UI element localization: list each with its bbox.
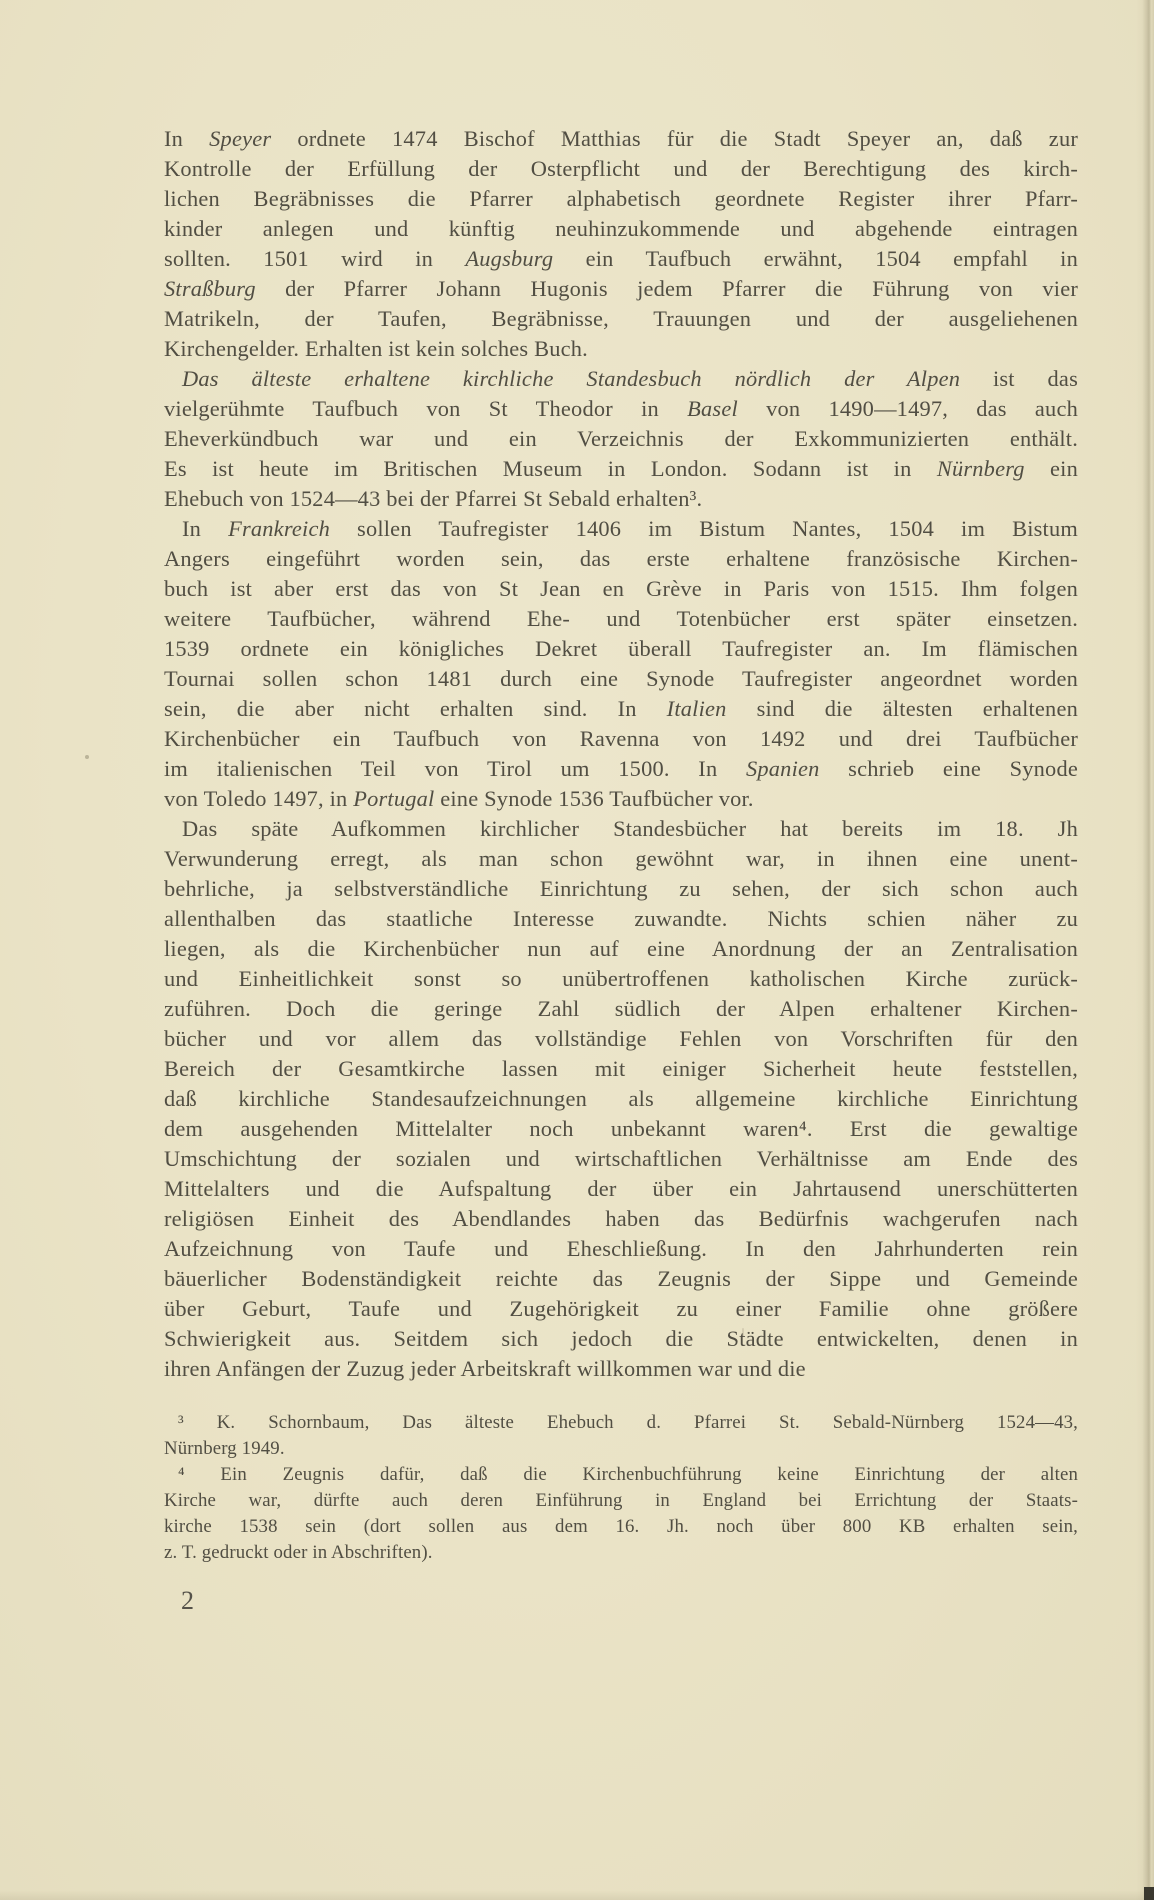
- text-segment: und Einheitlichkeit sonst so unübertroff…: [164, 966, 1078, 991]
- text-segment: sollten. 1501 wird in: [164, 246, 465, 271]
- text-line: Umschichtung der sozialen und wirtschaft…: [164, 1144, 1078, 1174]
- text-line: Matrikeln, der Taufen, Begräbnisse, Trau…: [164, 304, 1078, 334]
- text-segment: Eheverkündbuch war und ein Verzeichnis d…: [164, 426, 1078, 451]
- text-segment: kinder anlegen und künftig neuhinzukomme…: [164, 216, 1078, 241]
- text-segment: von 1490—1497, das auch: [738, 396, 1078, 421]
- page-edge-shadow: [1136, 0, 1154, 1900]
- text-line: Nürnberg 1949.: [164, 1436, 1078, 1462]
- text-line: kinder anlegen und künftig neuhinzukomme…: [164, 214, 1078, 244]
- text-line: kirche 1538 sein (dort sollen aus dem 16…: [164, 1514, 1078, 1540]
- text-line: Es ist heute im Britischen Museum in Lon…: [164, 454, 1078, 484]
- text-segment: zuführen. Doch die geringe Zahl südlich …: [164, 996, 1078, 1021]
- text-line: In Frankreich sollen Taufregister 1406 i…: [164, 514, 1078, 544]
- italic-text-segment: Italien: [667, 696, 727, 721]
- text-line: Angers eingeführt worden sein, das erste…: [164, 544, 1078, 574]
- text-line: liegen, als die Kirchenbücher nun auf ei…: [164, 934, 1078, 964]
- scan-corner-mark: [1144, 1887, 1154, 1900]
- text-segment: Bereich der Gesamtkirche lassen mit eini…: [164, 1056, 1078, 1081]
- text-segment: behrliche, ja selbstverständliche Einric…: [164, 876, 1078, 901]
- text-line: ³ K. Schornbaum, Das älteste Ehebuch d. …: [164, 1410, 1078, 1436]
- italic-text-segment: Speyer: [209, 126, 271, 151]
- text-line: Das älteste erhaltene kirchliche Standes…: [164, 364, 1078, 394]
- text-line: weitere Taufbücher, während Ehe- und Tot…: [164, 604, 1078, 634]
- text-segment: allenthalben das staatliche Interesse zu…: [164, 906, 1078, 931]
- text-line: Kirchenbücher ein Taufbuch von Ravenna v…: [164, 724, 1078, 754]
- text-segment: ein Taufbuch erwähnt, 1504 empfahl in: [553, 246, 1078, 271]
- text-segment: Kirche war, dürfte auch deren Einführung…: [164, 1490, 1078, 1511]
- text-segment: Kontrolle der Erfüllung der Osterpflicht…: [164, 156, 1078, 181]
- text-line: Kirche war, dürfte auch deren Einführung…: [164, 1488, 1078, 1514]
- text-segment: im italienischen Teil von Tirol um 1500.…: [164, 756, 746, 781]
- text-segment: sein, die aber nicht erhalten sind. In: [164, 696, 667, 721]
- text-segment: Kirchenbücher ein Taufbuch von Ravenna v…: [164, 726, 1078, 751]
- italic-text-segment: Spanien: [746, 756, 820, 781]
- text-line: sollten. 1501 wird in Augsburg ein Taufb…: [164, 244, 1078, 274]
- text-segment: Ehebuch von 1524—43 bei der Pfarrei St S…: [164, 486, 702, 511]
- text-line: 1539 ordnete ein königliches Dekret über…: [164, 634, 1078, 664]
- text-segment: liegen, als die Kirchenbücher nun auf ei…: [164, 936, 1078, 961]
- text-line: ihren Anfängen der Zuzug jeder Arbeitskr…: [164, 1354, 1078, 1384]
- text-line: vielgerühmte Taufbuch von St Theodor in …: [164, 394, 1078, 424]
- footnotes: ³ K. Schornbaum, Das älteste Ehebuch d. …: [164, 1410, 1078, 1566]
- text-line: bäuerlicher Bodenständigkeit reichte das…: [164, 1264, 1078, 1294]
- text-segment: ordnete 1474 Bischof Matthias für die St…: [271, 126, 1078, 151]
- text-segment: daß kirchliche Standesaufzeichnungen als…: [164, 1086, 1078, 1111]
- text-segment: ³ K. Schornbaum, Das älteste Ehebuch d. …: [178, 1412, 1078, 1433]
- text-line: Aufzeichnung von Taufe und Eheschließung…: [164, 1234, 1078, 1264]
- text-line: sein, die aber nicht erhalten sind. In I…: [164, 694, 1078, 724]
- text-segment: sollen Taufregister 1406 im Bistum Nante…: [330, 516, 1078, 541]
- text-segment: religiösen Einheit des Abendlandes haben…: [164, 1206, 1078, 1231]
- text-line: behrliche, ja selbstverständliche Einric…: [164, 874, 1078, 904]
- italic-text-segment: Nürnberg: [937, 456, 1025, 481]
- text-line: und Einheitlichkeit sonst so unübertroff…: [164, 964, 1078, 994]
- text-segment: von Toledo 1497, in: [164, 786, 353, 811]
- text-segment: sind die ältesten erhaltenen: [727, 696, 1078, 721]
- text-line: Bereich der Gesamtkirche lassen mit eini…: [164, 1054, 1078, 1084]
- text-line: Ehebuch von 1524—43 bei der Pfarrei St S…: [164, 484, 1078, 514]
- text-line: Verwunderung erregt, als man schon gewöh…: [164, 844, 1078, 874]
- italic-text-segment: Basel: [687, 396, 738, 421]
- text-segment: ihren Anfängen der Zuzug jeder Arbeitskr…: [164, 1356, 806, 1381]
- paper-speck: [742, 1328, 744, 1337]
- text-segment: Aufzeichnung von Taufe und Eheschließung…: [164, 1236, 1078, 1261]
- text-segment: z. T. gedruckt oder in Abschriften).: [164, 1542, 433, 1563]
- text-line: Mittelalters und die Aufspaltung der übe…: [164, 1174, 1078, 1204]
- text-segment: Tournai sollen schon 1481 durch eine Syn…: [164, 666, 1078, 691]
- text-segment: Umschichtung der sozialen und wirtschaft…: [164, 1146, 1078, 1171]
- text-segment: ein: [1025, 456, 1078, 481]
- text-segment: ist das: [960, 366, 1078, 391]
- text-line: Kirchengelder. Erhalten ist kein solches…: [164, 334, 1078, 364]
- text-segment: Nürnberg 1949.: [164, 1438, 285, 1459]
- text-line: allenthalben das staatliche Interesse zu…: [164, 904, 1078, 934]
- text-line: zuführen. Doch die geringe Zahl südlich …: [164, 994, 1078, 1024]
- text-segment: Kirchengelder. Erhalten ist kein solches…: [164, 336, 588, 361]
- text-line: ⁴ Ein Zeugnis dafür, daß die Kirchenbuch…: [164, 1462, 1078, 1488]
- text-line: buch ist aber erst das von St Jean en Gr…: [164, 574, 1078, 604]
- italic-text-segment: Frankreich: [228, 516, 330, 541]
- text-segment: lichen Begräbnisses die Pfarrer alphabet…: [164, 186, 1078, 211]
- text-line: Eheverkündbuch war und ein Verzeichnis d…: [164, 424, 1078, 454]
- text-segment: In: [164, 126, 209, 151]
- text-line: daß kirchliche Standesaufzeichnungen als…: [164, 1084, 1078, 1114]
- text-segment: Es ist heute im Britischen Museum in Lon…: [164, 456, 937, 481]
- text-segment: schrieb eine Synode: [820, 756, 1078, 781]
- text-segment: In: [182, 516, 228, 541]
- text-segment: der Pfarrer Johann Hugonis jedem Pfarrer…: [256, 276, 1078, 301]
- text-line: Das späte Aufkommen kirchlicher Standesb…: [164, 814, 1078, 844]
- text-line: Tournai sollen schon 1481 durch eine Syn…: [164, 664, 1078, 694]
- text-segment: Das späte Aufkommen kirchlicher Standesb…: [182, 816, 1078, 841]
- text-segment: vielgerühmte Taufbuch von St Theodor in: [164, 396, 687, 421]
- italic-text-segment: Straßburg: [164, 276, 256, 301]
- text-segment: ⁴ Ein Zeugnis dafür, daß die Kirchenbuch…: [178, 1464, 1078, 1485]
- text-line: In Speyer ordnete 1474 Bischof Matthias …: [164, 124, 1078, 154]
- text-line: religiösen Einheit des Abendlandes haben…: [164, 1204, 1078, 1234]
- text-line: von Toledo 1497, in Portugal eine Synode…: [164, 784, 1078, 814]
- italic-text-segment: Das älteste erhaltene kirchliche Standes…: [182, 366, 960, 391]
- text-segment: Verwunderung erregt, als man schon gewöh…: [164, 846, 1078, 871]
- text-line: lichen Begräbnisses die Pfarrer alphabet…: [164, 184, 1078, 214]
- text-line: im italienischen Teil von Tirol um 1500.…: [164, 754, 1078, 784]
- text-segment: bücher und vor allem das vollständige Fe…: [164, 1026, 1078, 1051]
- text-segment: buch ist aber erst das von St Jean en Gr…: [164, 576, 1078, 601]
- page-text: In Speyer ordnete 1474 Bischof Matthias …: [164, 124, 1078, 1384]
- text-line: über Geburt, Taufe und Zugehörigkeit zu …: [164, 1294, 1078, 1324]
- scanned-book-page: { "page": { "number": "2", "paragraphs":…: [0, 0, 1154, 1900]
- text-segment: Matrikeln, der Taufen, Begräbnisse, Trau…: [164, 306, 1078, 331]
- text-segment: Mittelalters und die Aufspaltung der übe…: [164, 1176, 1078, 1201]
- text-line: Straßburg der Pfarrer Johann Hugonis jed…: [164, 274, 1078, 304]
- text-segment: eine Synode 1536 Taufbücher vor.: [434, 786, 753, 811]
- text-line: bücher und vor allem das vollständige Fe…: [164, 1024, 1078, 1054]
- text-segment: kirche 1538 sein (dort sollen aus dem 16…: [164, 1516, 1078, 1537]
- text-segment: 1539 ordnete ein königliches Dekret über…: [164, 636, 1078, 661]
- text-segment: dem ausgehenden Mittelalter noch unbekan…: [164, 1116, 1078, 1141]
- italic-text-segment: Augsburg: [465, 246, 553, 271]
- text-line: z. T. gedruckt oder in Abschriften).: [164, 1540, 1078, 1566]
- text-segment: weitere Taufbücher, während Ehe- und Tot…: [164, 606, 1078, 631]
- text-segment: bäuerlicher Bodenständigkeit reichte das…: [164, 1266, 1078, 1291]
- text-line: Schwierigkeit aus. Seitdem sich jedoch d…: [164, 1324, 1078, 1354]
- text-line: Kontrolle der Erfüllung der Osterpflicht…: [164, 154, 1078, 184]
- text-segment: Angers eingeführt worden sein, das erste…: [164, 546, 1078, 571]
- text-segment: über Geburt, Taufe und Zugehörigkeit zu …: [164, 1296, 1078, 1321]
- text-segment: Schwierigkeit aus. Seitdem sich jedoch d…: [164, 1326, 1078, 1351]
- page-bottom-shade: [0, 1890, 1154, 1900]
- page-number: 2: [181, 1586, 194, 1616]
- text-line: dem ausgehenden Mittelalter noch unbekan…: [164, 1114, 1078, 1144]
- paper-speck: [85, 755, 89, 759]
- italic-text-segment: Portugal: [353, 786, 434, 811]
